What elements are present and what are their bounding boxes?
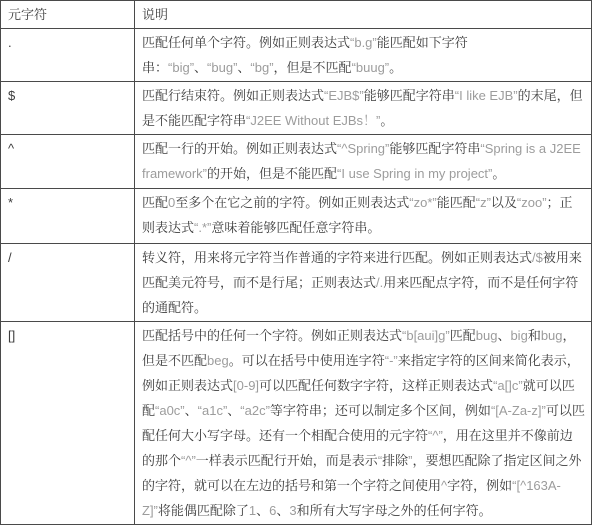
description-text: 美元符号，而不是行尾；正则表达式 — [168, 275, 376, 290]
metachar-cell: ^ — [1, 135, 135, 189]
code-text: “a1c” — [198, 403, 228, 418]
code-text: “I like EJB” — [455, 88, 518, 103]
description-text: 配 — [142, 403, 155, 418]
code-text: “bg” — [250, 60, 273, 75]
metachar-cell: . — [1, 29, 135, 82]
table-row: *匹配0至多个在它之前的字符。例如正则表达式“zo*”能匹配“z”以及“zoo”… — [1, 189, 592, 244]
description-cell: 匹配括号中的任何一个字符。例如正则表达式“b[aui]g”匹配bug、big和b… — [135, 322, 592, 525]
description-text: 匹配行结束符。例如正则表达式 — [142, 88, 324, 103]
code-text: “.*” — [194, 220, 211, 235]
description-text: 。可以在括号中使用连字符 — [229, 353, 385, 368]
description-text: 能匹配 — [437, 195, 476, 210]
code-text: “a2c” — [240, 403, 270, 418]
description-cell: 匹配行结束符。例如正则表达式“EJB$”能够匹配字符串“I like EJB”的… — [135, 82, 592, 135]
metachar-cell: [] — [1, 322, 135, 525]
code-text: “b[aui]g” — [402, 328, 450, 343]
code-text: “a0c” — [155, 403, 185, 418]
description-text: ，但是不匹配 — [274, 60, 352, 75]
description-text: 、 — [227, 403, 240, 418]
description-text: 、 — [185, 403, 198, 418]
description-text: 能够匹配字符串 — [364, 88, 455, 103]
description-text: 匹配一行的开始。例如正则表达式 — [142, 141, 337, 156]
description-text: 将能偶匹配除了 — [158, 503, 249, 518]
description-text: 何大小写字母。还有一个相配合使用的元字符 — [168, 428, 428, 443]
header-row: 元字符 说明 — [1, 1, 592, 29]
table-row: /转义符，用来将元字符当作普通的字符来进行匹配。例如正则表达式/$被用来匹配美元… — [1, 244, 592, 322]
table-row: []匹配括号中的任何一个字符。例如正则表达式“b[aui]g”匹配bug、big… — [1, 322, 592, 525]
code-text: beg — [207, 353, 229, 368]
description-text: 排除 — [382, 453, 408, 468]
description-text: 能够匹配字符串 — [389, 141, 480, 156]
description-text: 、 — [194, 60, 207, 75]
description-text: 匹配 — [142, 195, 168, 210]
code-text: [0-9] — [233, 378, 259, 393]
metachar-cell: / — [1, 244, 135, 322]
column-header-metachar: 元字符 — [1, 1, 135, 29]
description-text: 至多个在它之前的字符。例如正则表达式 — [175, 195, 409, 210]
code-text: “^Spring” — [337, 141, 389, 156]
code-text: “I use Spring in my project” — [337, 166, 492, 181]
code-text: “big” — [168, 60, 194, 75]
description-text: 的开始，但是不能匹配 — [207, 166, 337, 181]
regex-metacharacters-table: 元字符 说明 .匹配任何单个字符。例如正则表达式“b.g”能匹配如下字符串：“b… — [0, 0, 592, 525]
description-text: 不匹配 — [168, 353, 207, 368]
table-row: $匹配行结束符。例如正则表达式“EJB$”能够匹配字符串“I like EJB”… — [1, 82, 592, 135]
description-text: 在左边的括号和第一个字符之间使用 — [233, 478, 441, 493]
code-text: big — [510, 328, 527, 343]
description-text: 等字符串；还可以制定多个区间，例如 — [270, 403, 491, 418]
description-text: 。 — [380, 113, 393, 128]
description-text: 以及 — [491, 195, 517, 210]
description-text: 。 — [492, 166, 505, 181]
code-text: “z” — [476, 195, 491, 210]
description-text: 意味着能够匹配任意字符串。 — [211, 220, 380, 235]
column-header-description: 说明 — [135, 1, 592, 29]
metachar-cell: $ — [1, 82, 135, 135]
code-text: “-” — [385, 353, 398, 368]
code-text: “buug” — [352, 60, 390, 75]
code-text: “a[]c” — [493, 378, 523, 393]
code-text: bug — [476, 328, 498, 343]
description-text: 样表示匹配行开始，而是表示 — [209, 453, 378, 468]
description-cell: 匹配一行的开始。例如正则表达式“^Spring”能够匹配字符串“Spring i… — [135, 135, 592, 189]
description-text: 符。 — [181, 300, 207, 315]
code-text: “EJB$” — [324, 88, 364, 103]
description-cell: 匹配任何单个字符。例如正则表达式“b.g”能匹配如下字符串：“big”、“bug… — [135, 29, 592, 82]
code-text: “J2EE Without EJBs！” — [246, 113, 380, 128]
description-text: 、 — [237, 60, 250, 75]
description-text: 和 — [528, 328, 541, 343]
code-text: “b.g” — [350, 35, 377, 50]
code-text: “zoo” — [517, 195, 547, 210]
description-text: 可以匹配任何数字字符，这样正则表达式 — [259, 378, 493, 393]
code-text: /$ — [532, 250, 543, 265]
description-text: 转义符，用来将元字符当作普通的字符来进行匹配。例如正则表达式 — [142, 250, 532, 265]
description-text: 、 — [497, 328, 510, 343]
description-cell: 匹配0至多个在它之前的字符。例如正则表达式“zo*”能匹配“z”以及“zoo”；… — [135, 189, 592, 244]
table-row: .匹配任何单个字符。例如正则表达式“b.g”能匹配如下字符串：“big”、“bu… — [1, 29, 592, 82]
description-text: 匹配括号中的任何一个字符。例如正则表达式 — [142, 328, 402, 343]
regex-metacharacter-reference-page: 元字符 说明 .匹配任何单个字符。例如正则表达式“b.g”能匹配如下字符串：“b… — [0, 0, 592, 527]
description-text: 匹配 — [450, 328, 476, 343]
description-text: 式 — [181, 220, 194, 235]
table-body: .匹配任何单个字符。例如正则表达式“b.g”能匹配如下字符串：“big”、“bu… — [1, 29, 592, 525]
code-text: “[A-Za-z]” — [491, 403, 546, 418]
description-text: 一 — [196, 453, 209, 468]
code-text: “zo*” — [409, 195, 436, 210]
description-text: 匹配任何单个字符。例如正则表达式 — [142, 35, 350, 50]
table-row: ^匹配一行的开始。例如正则表达式“^Spring”能够匹配字符串“Spring … — [1, 135, 592, 189]
code-text: “^” — [181, 453, 196, 468]
description-text: 字符，例如 — [447, 478, 512, 493]
description-text: 、 — [276, 503, 289, 518]
description-text: 就可以匹 — [523, 378, 575, 393]
code-text: “bug” — [207, 60, 237, 75]
description-text: 、 — [256, 503, 269, 518]
code-text: “^” — [428, 428, 443, 443]
description-text: 。 — [389, 60, 402, 75]
description-text: 和所有大写字母之外的任何字符。 — [297, 503, 492, 518]
metachar-cell: * — [1, 189, 135, 244]
description-text: 表达式 — [194, 378, 233, 393]
table-header: 元字符 说明 — [1, 1, 592, 29]
code-text: 3 — [289, 503, 296, 518]
description-cell: 转义符，用来将元字符当作普通的字符来进行匹配。例如正则表达式/$被用来匹配美元符… — [135, 244, 592, 322]
code-text: bug — [541, 328, 563, 343]
